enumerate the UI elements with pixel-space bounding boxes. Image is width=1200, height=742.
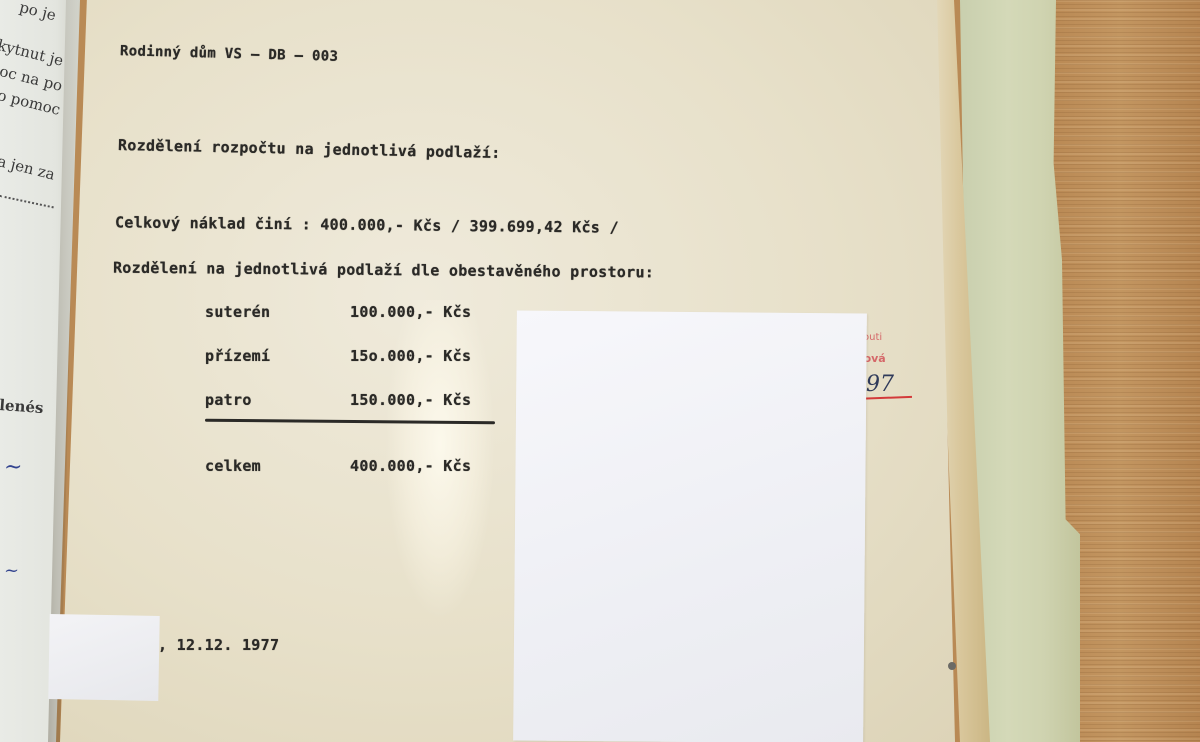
floor-amount: 150.000,- Kčs (350, 391, 471, 409)
floor-amount: 100.000,- Kčs (350, 303, 471, 321)
floor-row: suterén 100.000,- Kčs (205, 303, 505, 325)
blue-signature-mark: ~ (4, 455, 22, 480)
document-date: , 12.12. 1977 (158, 636, 279, 654)
punch-hole (948, 662, 956, 670)
floor-label: patro (205, 391, 252, 409)
margin-text-line: lenés (0, 396, 44, 417)
floor-amount: 15o.000,- Kčs (350, 347, 471, 365)
redaction-paper-large (513, 310, 867, 742)
blue-signature-mark: ~ (4, 560, 19, 581)
floor-label: přízemí (205, 347, 270, 365)
floor-label: suterén (205, 303, 270, 321)
total-label: celkem (205, 457, 261, 475)
total-amount: 400.000,- Kčs (350, 457, 471, 475)
total-row: celkem 400.000,- Kčs (205, 457, 505, 479)
redaction-paper-small (48, 614, 159, 701)
floor-row: patro 150.000,- Kčs (205, 391, 505, 413)
floor-row: přízemí 15o.000,- Kčs (205, 347, 505, 369)
